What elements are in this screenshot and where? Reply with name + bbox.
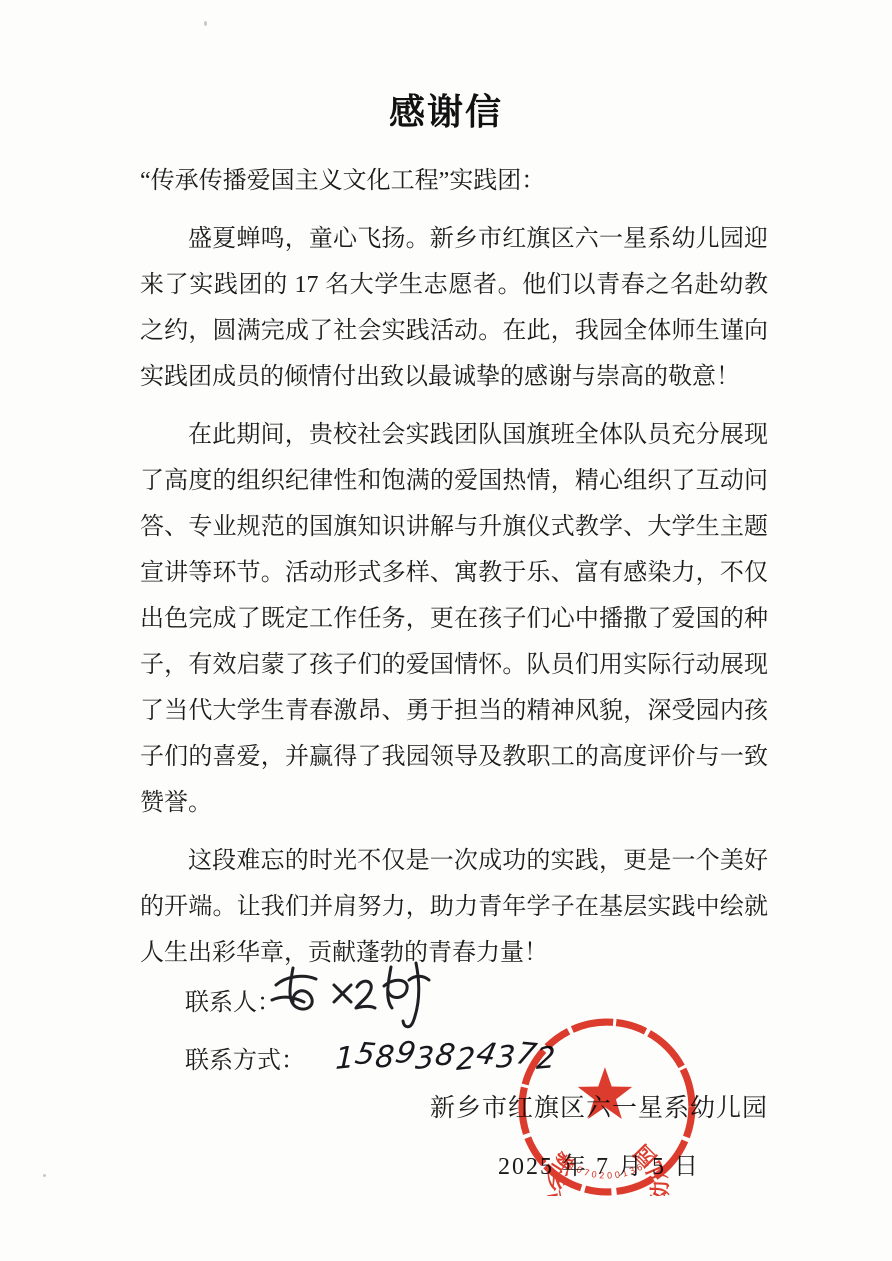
letter-body: “传承传播爱国主义文化工程”实践团： 盛夏蝉鸣，童心飞扬。新乡市红旗区六一星系幼…: [140, 158, 768, 976]
paragraph-2: 在此期间，贵校社会实践团队国旗班全体队员充分展现了高度的组织纪律性和饱满的爱国热…: [140, 412, 768, 826]
letter-title: 感谢信: [0, 84, 892, 135]
scan-speck: [43, 1174, 46, 1177]
handwritten-signature: [262, 955, 457, 1040]
letter-page: 感谢信 “传承传播爱国主义文化工程”实践团： 盛夏蝉鸣，童心飞扬。新乡市红旗区六…: [0, 0, 892, 1261]
contact-method-row: 联系方式：15893824372: [185, 1040, 556, 1076]
contact-method-label: 联系方式：: [185, 1048, 305, 1074]
paragraph-1: 盛夏蝉鸣，童心飞扬。新乡市红旗区六一星系幼儿园迎来了实践团的 17 名大学生志愿…: [140, 216, 768, 400]
salutation: “传承传播爱国主义文化工程”实践团：: [140, 158, 768, 204]
scan-speck: [204, 21, 207, 26]
official-seal: 新乡市红旗区六一星系幼儿园 410702001368: [518, 1018, 696, 1196]
seal-star-icon: [578, 1067, 632, 1119]
seal-ring-text: 新乡市红旗区六一星系幼儿园: [541, 1138, 673, 1196]
